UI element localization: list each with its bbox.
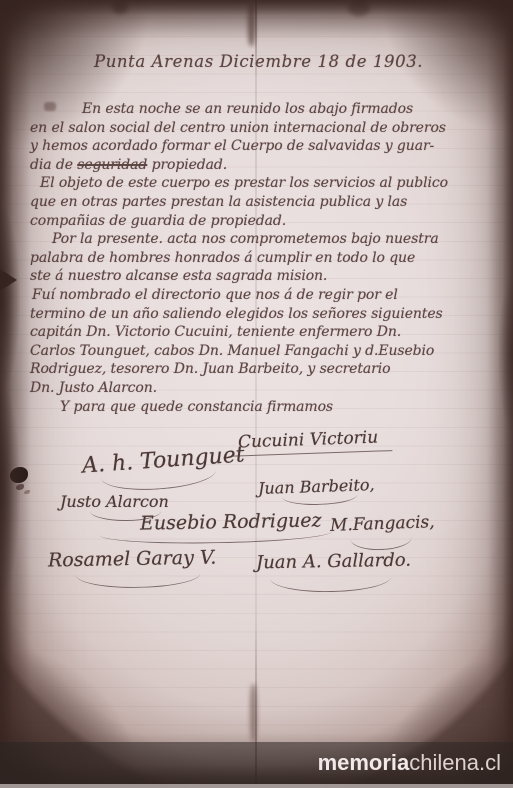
manuscript-line: ste á nuestro alcanse esta sagrada misio… (30, 267, 498, 286)
signature-cucuini: Cucuini Victoriu (238, 428, 379, 453)
manuscript-line: El objeto de este cuerpo es prestar los … (30, 174, 498, 193)
scan-bottom-edge (0, 784, 513, 788)
manuscript-line: en el salon social del centro union inte… (30, 119, 498, 138)
signature-gallardo: Juan A. Gallardo. (256, 550, 411, 574)
manuscript-line: En esta noche se an reunido los abajo fi… (30, 100, 498, 119)
watermark-text: memoriachilena.cl (318, 752, 501, 774)
ink-smudge (248, 4, 255, 46)
manuscript-dateline: Punta Arenas Diciembre 18 de 1903. (94, 52, 423, 71)
signature-barbeito: Juan Barbeito, (258, 475, 375, 498)
manuscript-line: Rodriguez, tesorero Dn. Juan Barbeito, y… (30, 360, 498, 379)
paragraph: El objeto de este cuerpo es prestar los … (30, 174, 498, 230)
manuscript-line: que en otras partes prestan la asistenci… (30, 193, 498, 212)
watermark-text-bold: memoria (318, 750, 410, 775)
manuscript-line: Carlos Tounguet, cabos Dn. Manuel Fangac… (30, 342, 498, 361)
manuscript-line: y hemos acordado formar el Cuerpo de sal… (30, 137, 498, 156)
watermark-text-regular: chilena.cl (409, 750, 501, 775)
signature-garay: Rosamel Garay V. (48, 547, 217, 572)
crossed-out-word: seguridad (77, 157, 147, 173)
ink-blot (10, 467, 28, 483)
manuscript-scan: Punta Arenas Diciembre 18 de 1903. En es… (0, 0, 513, 788)
paragraph: En esta noche se an reunido los abajo fi… (30, 100, 498, 174)
manuscript-line: Fuí nombrado el directorio que nos á de … (30, 286, 498, 305)
watermark-bar: memoriachilena.cl (0, 742, 513, 784)
manuscript-line: capitán Dn. Victorio Cucuini, teniente e… (30, 323, 498, 342)
ink-smudge (250, 684, 257, 742)
manuscript-line: dia de seguridad propiedad. (30, 156, 498, 175)
signature-tounguet: A. h. Tounguet (81, 442, 245, 478)
paragraph: Fuí nombrado el directorio que nos á de … (30, 286, 498, 398)
signature-fangacis: M.Fangacis, (330, 512, 435, 536)
signature-alarcon: Justo Alarcon (60, 492, 169, 511)
stain (348, 0, 370, 16)
paragraph: Por la presente. acta nos comprometemos … (30, 230, 498, 286)
manuscript-body: En esta noche se an reunido los abajo fi… (30, 100, 498, 416)
manuscript-line: Y para que quede constancia firmamos (30, 398, 498, 417)
manuscript-line: Dn. Justo Alarcon. (30, 379, 498, 398)
paragraph: Y para que quede constancia firmamos (30, 398, 498, 417)
signature-rodriguez: Eusebio Rodriguez (140, 509, 322, 534)
manuscript-line: compañias de guardia de propiedad. (30, 212, 498, 231)
manuscript-line: palabra de hombres honrados á cumplir en… (30, 249, 498, 268)
manuscript-line: Por la presente. acta nos comprometemos … (30, 230, 498, 249)
stain (112, 0, 128, 14)
manuscript-line: termino de un año saliendo elegidos los … (30, 305, 498, 324)
edge-stain (0, 269, 17, 291)
